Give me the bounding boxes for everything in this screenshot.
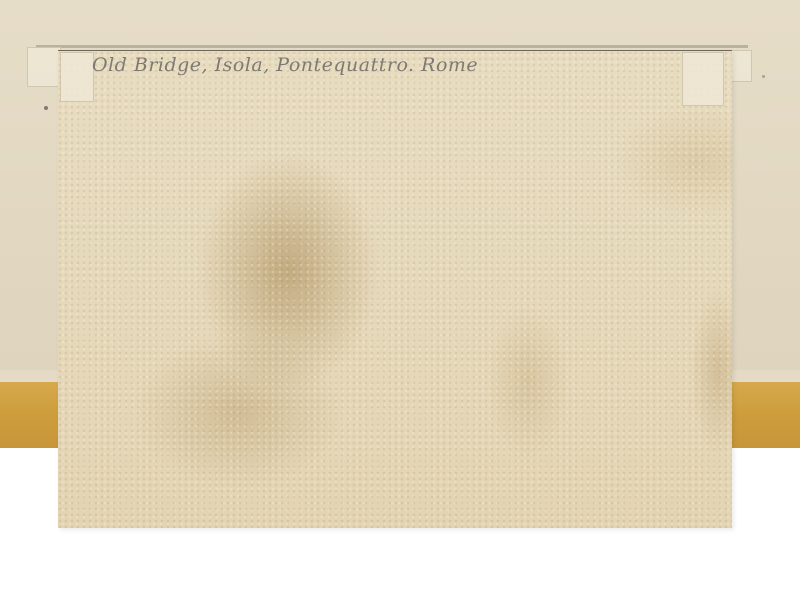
tape-left-outer (27, 47, 61, 87)
speck (44, 106, 48, 110)
paper-texture (58, 51, 732, 528)
speck (762, 75, 765, 78)
tape-right (682, 52, 724, 106)
tape-left (60, 52, 94, 102)
pencil-inscription: Old Bridge, Isola, Pontequattro. Rome (92, 54, 478, 76)
board-edge (36, 45, 748, 48)
watercolor-sheet-verso (58, 50, 732, 528)
